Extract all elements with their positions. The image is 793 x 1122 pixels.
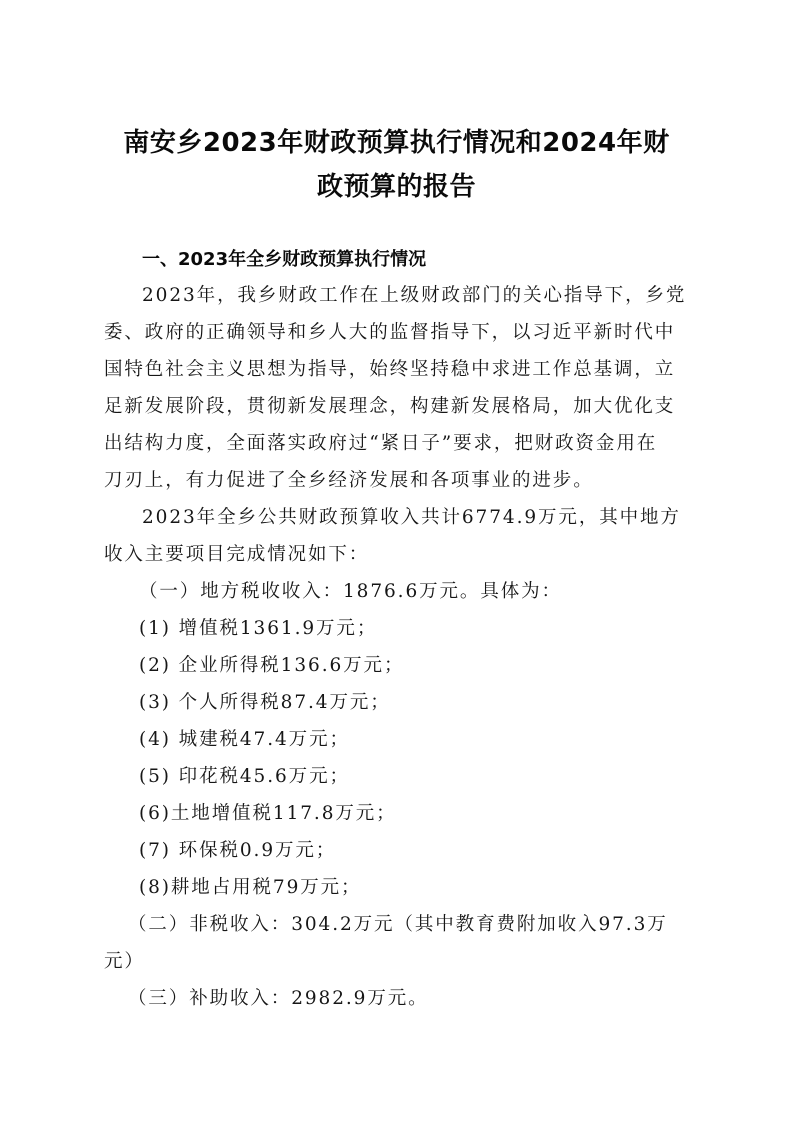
document-title-line-2: 政预算的报告 xyxy=(0,166,793,203)
non-tax-revenue-line: 元） xyxy=(104,950,145,974)
document-title-line-1: 南安乡2023年财政预算执行情况和2024年财 xyxy=(0,122,793,159)
tax-item-personal-income: (3) 个人所得税87.4万元； xyxy=(139,691,391,715)
tax-revenue-label: （一）地方税收收入：1876.6万元。具体为： xyxy=(139,580,562,604)
paragraph-line: 出结构力度，全面落实政府过“紧日子”要求，把财政资金用在 xyxy=(104,432,657,456)
subsidy-revenue-line: （三）补助收入：2982.9万元。 xyxy=(128,987,429,1011)
tax-item-corporate-income: (2) 企业所得税136.6万元； xyxy=(139,654,404,678)
paragraph-line: 刀刃上，有力促进了全乡经济发展和各项事业的进步。 xyxy=(104,469,594,493)
tax-item-environmental: (7) 环保税0.9万元； xyxy=(139,839,336,863)
paragraph-line: 2023年，我乡财政工作在上级财政部门的关心指导下，乡党 xyxy=(142,284,686,308)
tax-item-land-value-added: (6)土地增值税117.8万元； xyxy=(139,802,397,826)
paragraph-line: 委、政府的正确领导和乡人大的监督指导下，以习近平新时代中 xyxy=(104,321,675,345)
tax-item-farmland-occupation: (8)耕地占用税79万元； xyxy=(139,876,361,900)
paragraph-line: 足新发展阶段，贯彻新发展理念，构建新发展格局，加大优化支 xyxy=(104,395,675,419)
tax-item-vat: (1) 增值税1361.9万元； xyxy=(139,617,377,641)
document-page: 南安乡2023年财政预算执行情况和2024年财 政预算的报告 一、2023年全乡… xyxy=(0,0,793,1122)
section-heading-2023-execution: 一、2023年全乡财政预算执行情况 xyxy=(142,245,426,271)
paragraph-line: 国特色社会主义思想为指导，始终坚持稳中求进工作总基调，立 xyxy=(104,358,675,382)
paragraph-line: 收入主要项目完成情况如下： xyxy=(104,543,369,567)
non-tax-revenue-line: （二）非税收入：304.2万元（其中教育费附加收入97.3万 xyxy=(128,913,668,937)
tax-item-urban-construction: (4) 城建税47.4万元； xyxy=(139,728,350,752)
paragraph-line: 2023年全乡公共财政预算收入共计6774.9万元，其中地方 xyxy=(142,506,681,530)
tax-item-stamp-duty: (5) 印花税45.6万元； xyxy=(139,765,350,789)
